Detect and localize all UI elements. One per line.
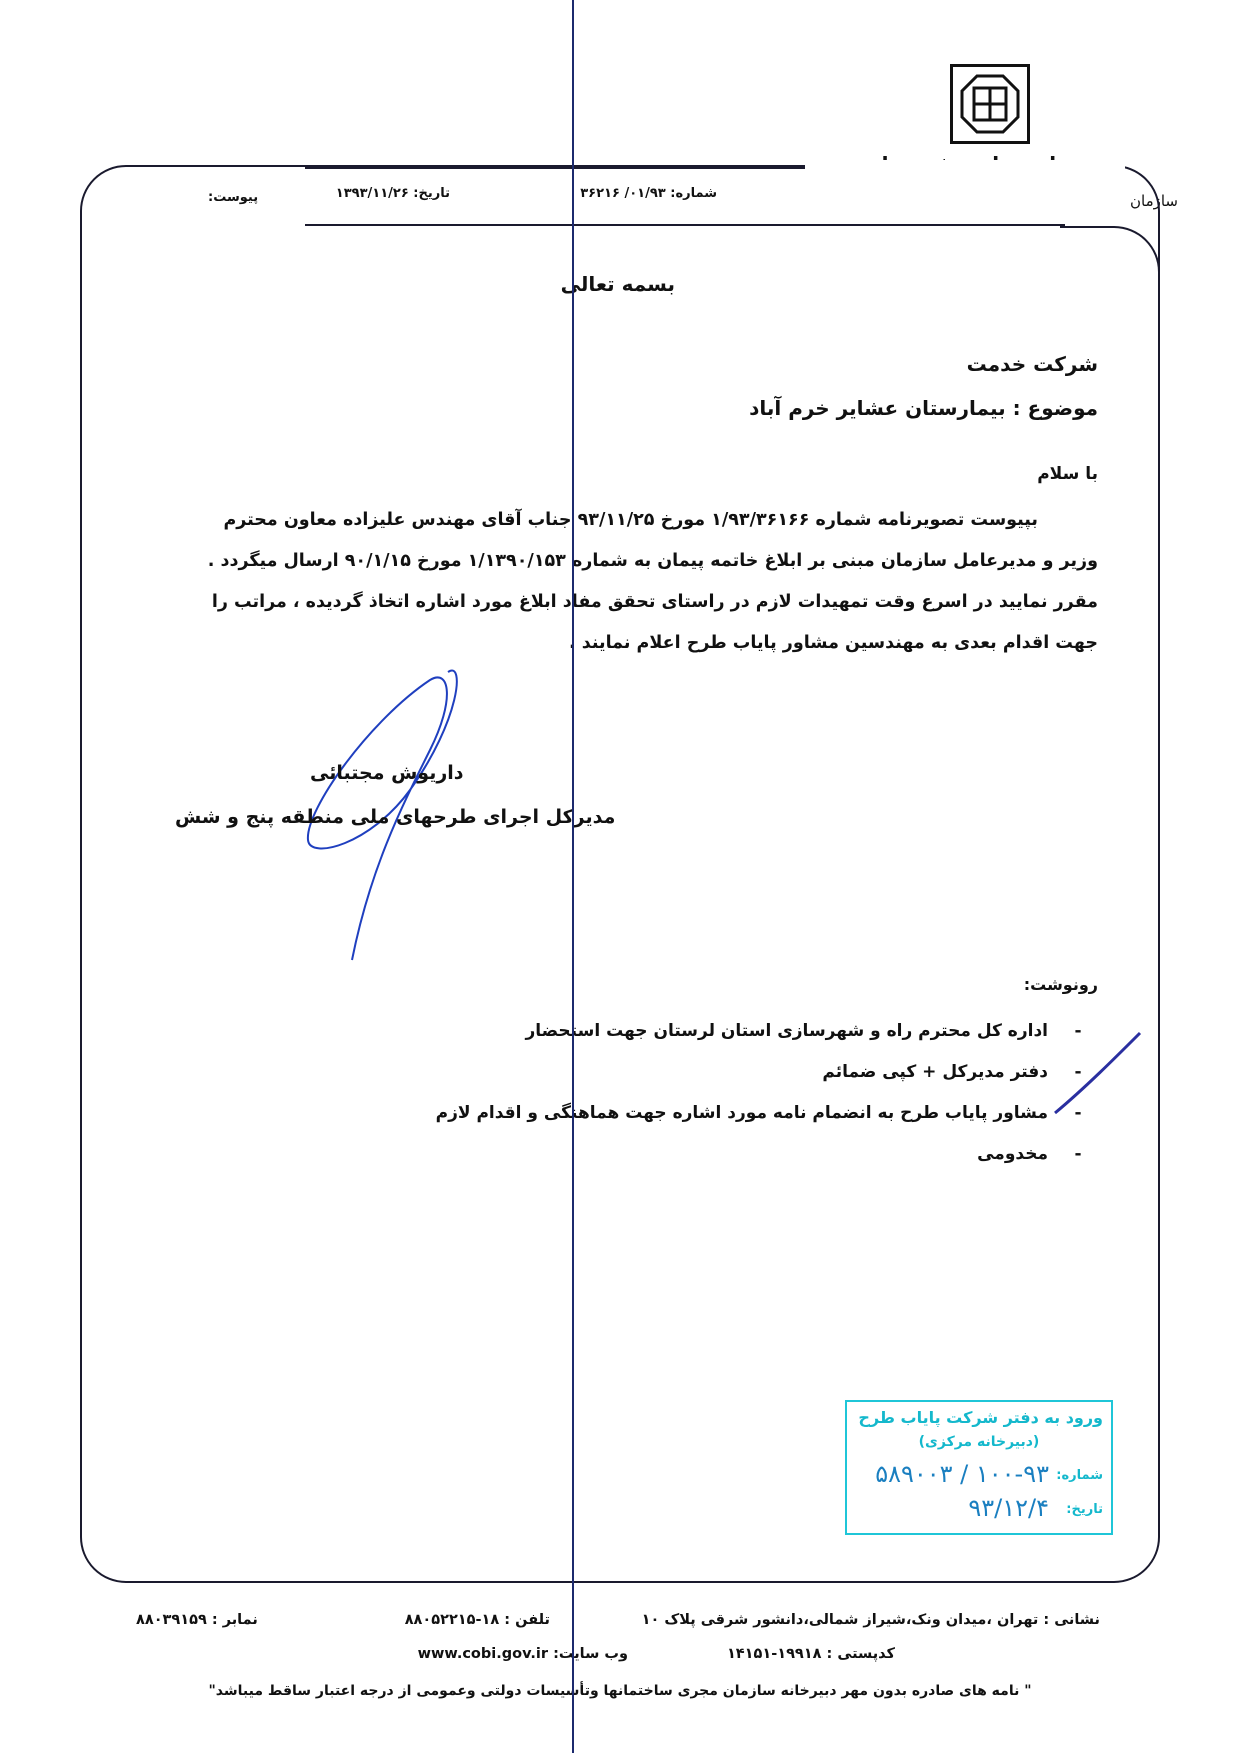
cc-item-text: مشاور پایاب طرح به انضمام نامه مورد اشار… <box>436 1103 1058 1123</box>
cc-item-text: دفتر مدیرکل + کپی ضمائم <box>822 1062 1058 1082</box>
scan-artifact-line <box>572 0 574 1753</box>
letter-date: تاریخ: ۱۳۹۳/۱۱/۲۶ <box>336 186 450 201</box>
cc-item: - مخدومی <box>436 1133 1098 1174</box>
footer-fax: نمابر : ۸۸۰۳۹۱۵۹ <box>136 1612 258 1628</box>
letter-body: بپیوست تصویرنامه شماره ۱/۹۳/۳۶۱۶۶ مورخ ۹… <box>158 500 1098 664</box>
letter-date-label: تاریخ: <box>413 186 450 201</box>
footer-validity-note: " نامه های صادره بدون مهر دبیرخانه سازما… <box>195 1683 1045 1699</box>
meta-divider <box>305 224 1065 226</box>
received-stamp: ورود به دفتر شرکت پایاب طرح (دبیرخانه مر… <box>845 1400 1113 1535</box>
footer-website-label: وب سایت: <box>553 1646 628 1662</box>
body-line: وزیر و مدیرعامل سازمان مبنی بر ابلاغ خات… <box>158 541 1098 582</box>
recipient: شرکت خدمت <box>967 352 1098 376</box>
cc-item: - دفتر مدیرکل + کپی ضمائم <box>436 1051 1098 1092</box>
cc-item: - مشاور پایاب طرح به انضمام نامه مورد اش… <box>436 1092 1098 1133</box>
cc-label: رونوشت: <box>1024 975 1098 994</box>
cc-dash: - <box>1058 1144 1098 1164</box>
letter-number-label: شماره: <box>670 186 717 201</box>
frame-corner <box>1060 226 1160 326</box>
footer-website: وب سایت: www.cobi.gov.ir <box>418 1646 628 1662</box>
footer-address: نشانی : تهران ،میدان ونک،شیراز شمالی،دان… <box>642 1612 1100 1628</box>
attachment-label: پیوست: <box>208 190 258 205</box>
cc-item-text: اداره کل محترم راه و شهرسازی استان لرستا… <box>526 1021 1059 1041</box>
footer-postal-code: کدپستی : ۱۹۹۱۸-۱۴۱۵۱ <box>727 1646 895 1662</box>
body-line: مقرر نمایید در اسرع وقت تمهیدات لازم در … <box>158 582 1098 623</box>
signatory-name: داریوش مجتبائی <box>310 762 464 784</box>
stamp-number-label: شماره: <box>1056 1468 1103 1483</box>
checkmark-stroke-icon <box>1045 1028 1145 1118</box>
greeting: با سلام <box>1037 464 1098 484</box>
header-divider <box>305 167 805 169</box>
stamp-number-value: ۱۰۰-۹۳ / ۵۸۹۰۰۳ <box>875 1460 1049 1488</box>
cc-item-text: مخدومی <box>977 1144 1058 1164</box>
stamp-date-label: تاریخ: <box>1066 1502 1103 1517</box>
letter-frame <box>80 165 1160 1583</box>
letter-date-value: ۱۳۹۳/۱۱/۲۶ <box>336 186 409 201</box>
body-line: جهت اقدام بعدی به مهندسین مشاور پایاب طر… <box>158 623 1098 664</box>
stamp-subtitle: (دبیرخانه مرکزی) <box>847 1434 1111 1450</box>
stamp-date-value: ۹۳/۱۲/۴ <box>968 1494 1049 1522</box>
ministry-emblem-icon <box>950 64 1030 144</box>
frame-mask <box>805 160 1125 230</box>
cc-list: - اداره کل محترم راه و شهرسازی استان لرس… <box>436 1010 1098 1174</box>
subject-line: موضوع : بیمارستان عشایر خرم آباد <box>749 396 1098 420</box>
stamp-title: ورود به دفتر شرکت پایاب طرح <box>858 1408 1103 1427</box>
cc-item: - اداره کل محترم راه و شهرسازی استان لرس… <box>436 1010 1098 1051</box>
footer-website-link[interactable]: www.cobi.gov.ir <box>418 1646 548 1662</box>
signatory-title: مدیرکل اجرای طرحهای ملی منطقه پنج و شش <box>175 806 615 828</box>
body-line: بپیوست تصویرنامه شماره ۱/۹۳/۳۶۱۶۶ مورخ ۹… <box>158 500 1098 541</box>
letter-number: شماره: ۰۱/۹۳/ ۳۶۲۱۶ <box>580 186 717 201</box>
bismillah-heading: بسمه تعالی <box>561 272 675 296</box>
footer-phone: تلفن : ۱۸-۸۸۰۵۲۲۱۵ <box>405 1612 550 1628</box>
letter-number-value: ۰۱/۹۳/ ۳۶۲۱۶ <box>580 186 665 201</box>
